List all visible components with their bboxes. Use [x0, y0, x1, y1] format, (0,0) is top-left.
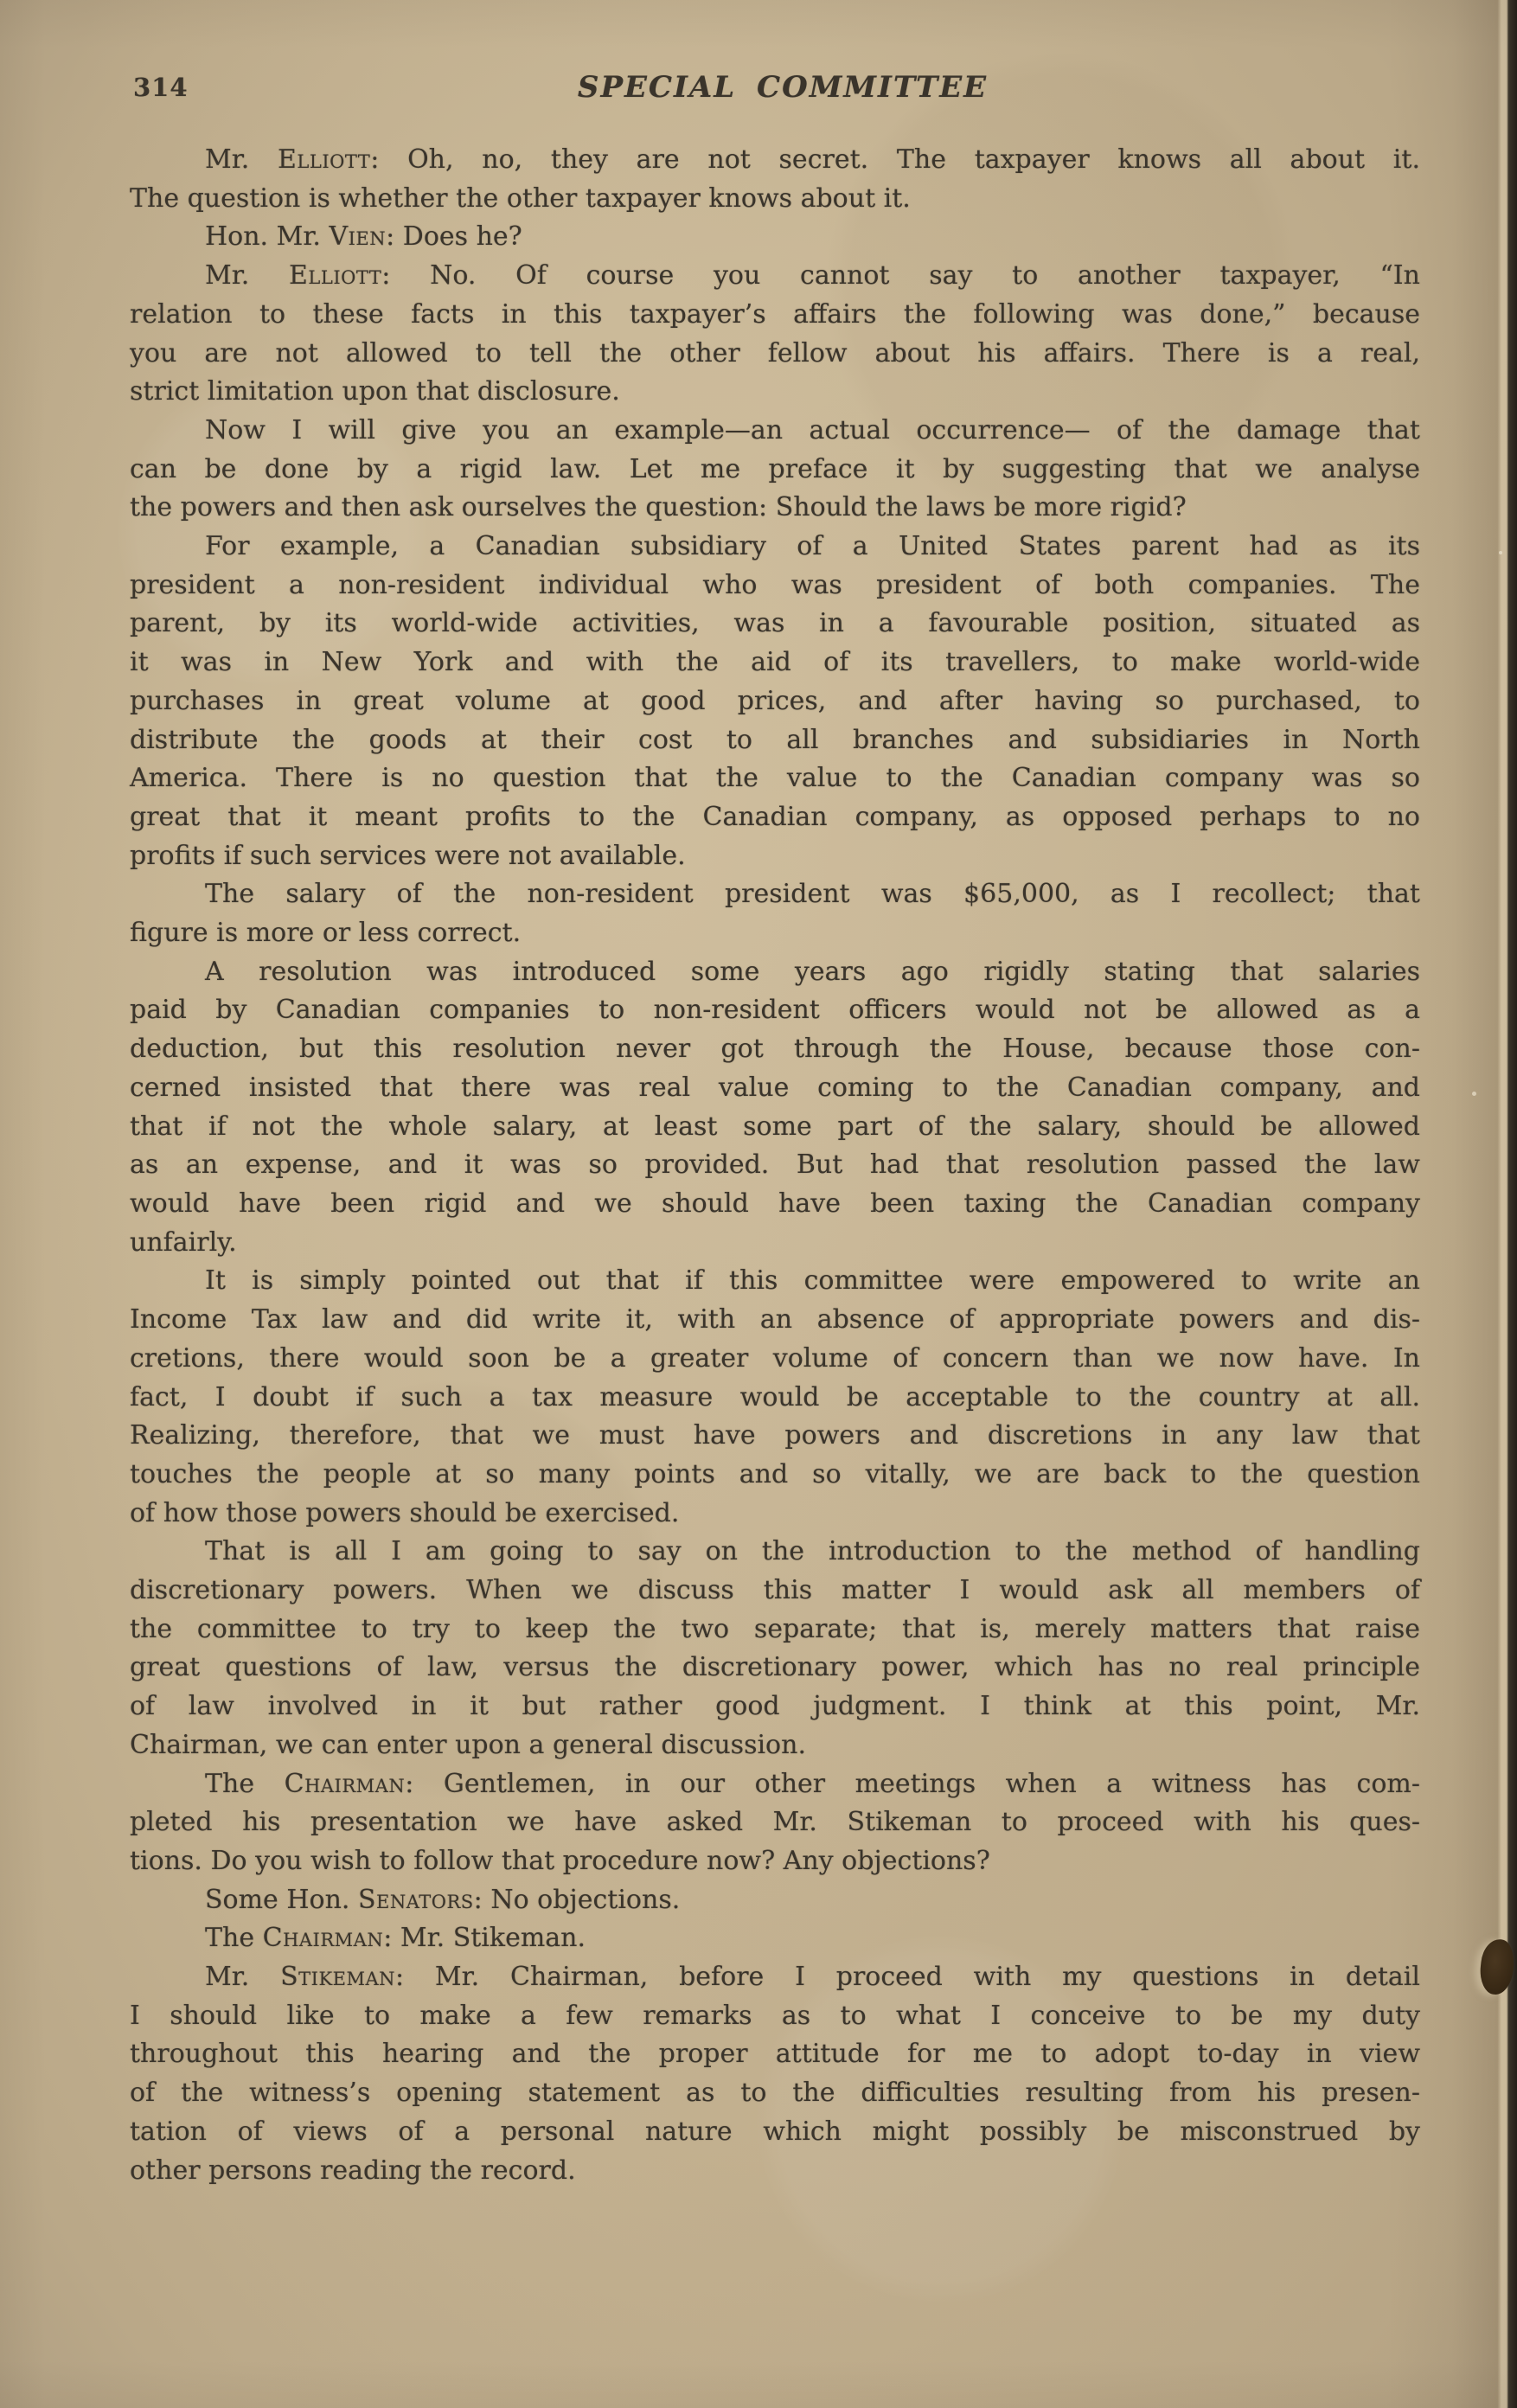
text-line: paid by Canadian companies to non-reside… [130, 991, 1420, 1030]
text-line: of the witness’s opening statement as to… [130, 2074, 1420, 2113]
text-line: you are not allowed to tell the other fe… [130, 335, 1420, 374]
paragraph: Mr. Stikeman: Mr. Chairman, before I pro… [130, 1958, 1420, 2190]
text-line: deduction, but this resolution never got… [130, 1030, 1420, 1069]
text-line: as an expense, and it was so provided. B… [130, 1146, 1420, 1185]
speaker-name: Elliott [289, 260, 381, 291]
text-line: Mr. Elliott: No. Of course you cannot sa… [130, 257, 1420, 296]
text-line: Mr. Elliott: Oh, no, they are not secret… [130, 141, 1420, 180]
speaker-name: Vien [329, 221, 386, 252]
paragraph: A resolution was introduced some years a… [130, 953, 1420, 1263]
paragraph: The Chairman: Gentlemen, in our other me… [130, 1765, 1420, 1881]
text-line: other persons reading the record. [130, 2152, 1420, 2191]
text-line: I should like to make a few remarks as t… [130, 1997, 1420, 2036]
content-column: 314 SPECIAL COMMITTEE Mr. Elliott: Oh, n… [130, 0, 1420, 2408]
text-line: throughout this hearing and the proper a… [130, 2035, 1420, 2074]
page-title: SPECIAL COMMITTEE [578, 73, 988, 102]
text-line: distribute the goods at their cost to al… [130, 721, 1420, 760]
paragraph: For example, a Canadian subsidiary of a … [130, 528, 1420, 875]
text-line: it was in New York and with the aid of i… [130, 644, 1420, 682]
text-line: Hon. Mr. Vien: Does he? [130, 218, 1420, 257]
text-line: the committee to try to keep the two sep… [130, 1611, 1420, 1649]
text-line: that if not the whole salary, at least s… [130, 1108, 1420, 1147]
text-line: A resolution was introduced some years a… [130, 953, 1420, 992]
text-line: strict limitation upon that disclosure. [130, 373, 1420, 412]
text-line: cretions, there would soon be a greater … [130, 1340, 1420, 1379]
page-sheet: 314 SPECIAL COMMITTEE Mr. Elliott: Oh, n… [0, 0, 1517, 2408]
paragraph: The Chairman: Mr. Stikeman. [130, 1919, 1420, 1958]
text-line: America. There is no question that the v… [130, 759, 1420, 798]
paragraph: That is all I am going to say on the int… [130, 1533, 1420, 1764]
text-line: relation to these facts in this taxpayer… [130, 296, 1420, 335]
page-number: 314 [133, 75, 189, 100]
dust-speck [1499, 551, 1502, 554]
text-line: great questions of law, versus the discr… [130, 1649, 1420, 1688]
text-line: president a non-resident individual who … [130, 567, 1420, 605]
text-line: of law involved in it but rather good ju… [130, 1688, 1420, 1726]
text-line: Now I will give you an example—an actual… [130, 412, 1420, 451]
dust-speck [1472, 1092, 1476, 1096]
paragraph: Hon. Mr. Vien: Does he? [130, 218, 1420, 257]
text-line: unfairly. [130, 1224, 1420, 1263]
text-line: The question is whether the other taxpay… [130, 180, 1420, 219]
text-line: can be done by a rigid law. Let me prefa… [130, 451, 1420, 490]
text-line: Income Tax law and did write it, with an… [130, 1301, 1420, 1340]
paragraph: Some Hon. Senators: No objections. [130, 1881, 1420, 1920]
text-line: fact, I doubt if such a tax measure woul… [130, 1379, 1420, 1418]
text-line: Realizing, therefore, that we must have … [130, 1417, 1420, 1456]
text-line: would have been rigid and we should have… [130, 1185, 1420, 1224]
speaker-name: Chairman [285, 1769, 406, 1799]
paragraph: The salary of the non-resident president… [130, 875, 1420, 952]
text-line: touches the people at so many points and… [130, 1456, 1420, 1495]
text-line: great that it meant profits to the Canad… [130, 798, 1420, 837]
text-line: Mr. Stikeman: Mr. Chairman, before I pro… [130, 1958, 1420, 1997]
text-line: figure is more or less correct. [130, 914, 1420, 953]
text-line: tation of views of a personal nature whi… [130, 2113, 1420, 2152]
speaker-name: Senators [358, 1885, 474, 1915]
text-line: profits if such services were not availa… [130, 837, 1420, 876]
text-line: discretionary powers. When we discuss th… [130, 1572, 1420, 1611]
text-line: tions. Do you wish to follow that proced… [130, 1842, 1420, 1881]
text-line: the powers and then ask ourselves the qu… [130, 489, 1420, 528]
text-line: The salary of the non-resident president… [130, 875, 1420, 914]
speaker-name: Elliott [278, 144, 370, 175]
paragraph: It is simply pointed out that if this co… [130, 1262, 1420, 1533]
paragraph: Mr. Elliott: Oh, no, they are not secret… [130, 141, 1420, 218]
speaker-name: Chairman [263, 1923, 384, 1953]
paragraph: Now I will give you an example—an actual… [130, 412, 1420, 528]
text-line: It is simply pointed out that if this co… [130, 1262, 1420, 1301]
text-line: Some Hon. Senators: No objections. [130, 1881, 1420, 1920]
text-line: That is all I am going to say on the int… [130, 1533, 1420, 1572]
page-text: Mr. Elliott: Oh, no, they are not secret… [130, 141, 1420, 2190]
text-line: The Chairman: Mr. Stikeman. [130, 1919, 1420, 1958]
text-line: of how those powers should be exercised. [130, 1495, 1420, 1534]
text-line: purchases in great volume at good prices… [130, 682, 1420, 721]
text-line: cerned insisted that there was real valu… [130, 1069, 1420, 1108]
text-line: pleted his presentation we have asked Mr… [130, 1803, 1420, 1842]
text-line: For example, a Canadian subsidiary of a … [130, 528, 1420, 567]
text-line: parent, by its world-wide activities, wa… [130, 605, 1420, 644]
text-line: The Chairman: Gentlemen, in our other me… [130, 1765, 1420, 1804]
speaker-name: Stikeman [280, 1962, 395, 1992]
text-line: Chairman, we can enter upon a general di… [130, 1726, 1420, 1765]
paragraph: Mr. Elliott: No. Of course you cannot sa… [130, 257, 1420, 412]
